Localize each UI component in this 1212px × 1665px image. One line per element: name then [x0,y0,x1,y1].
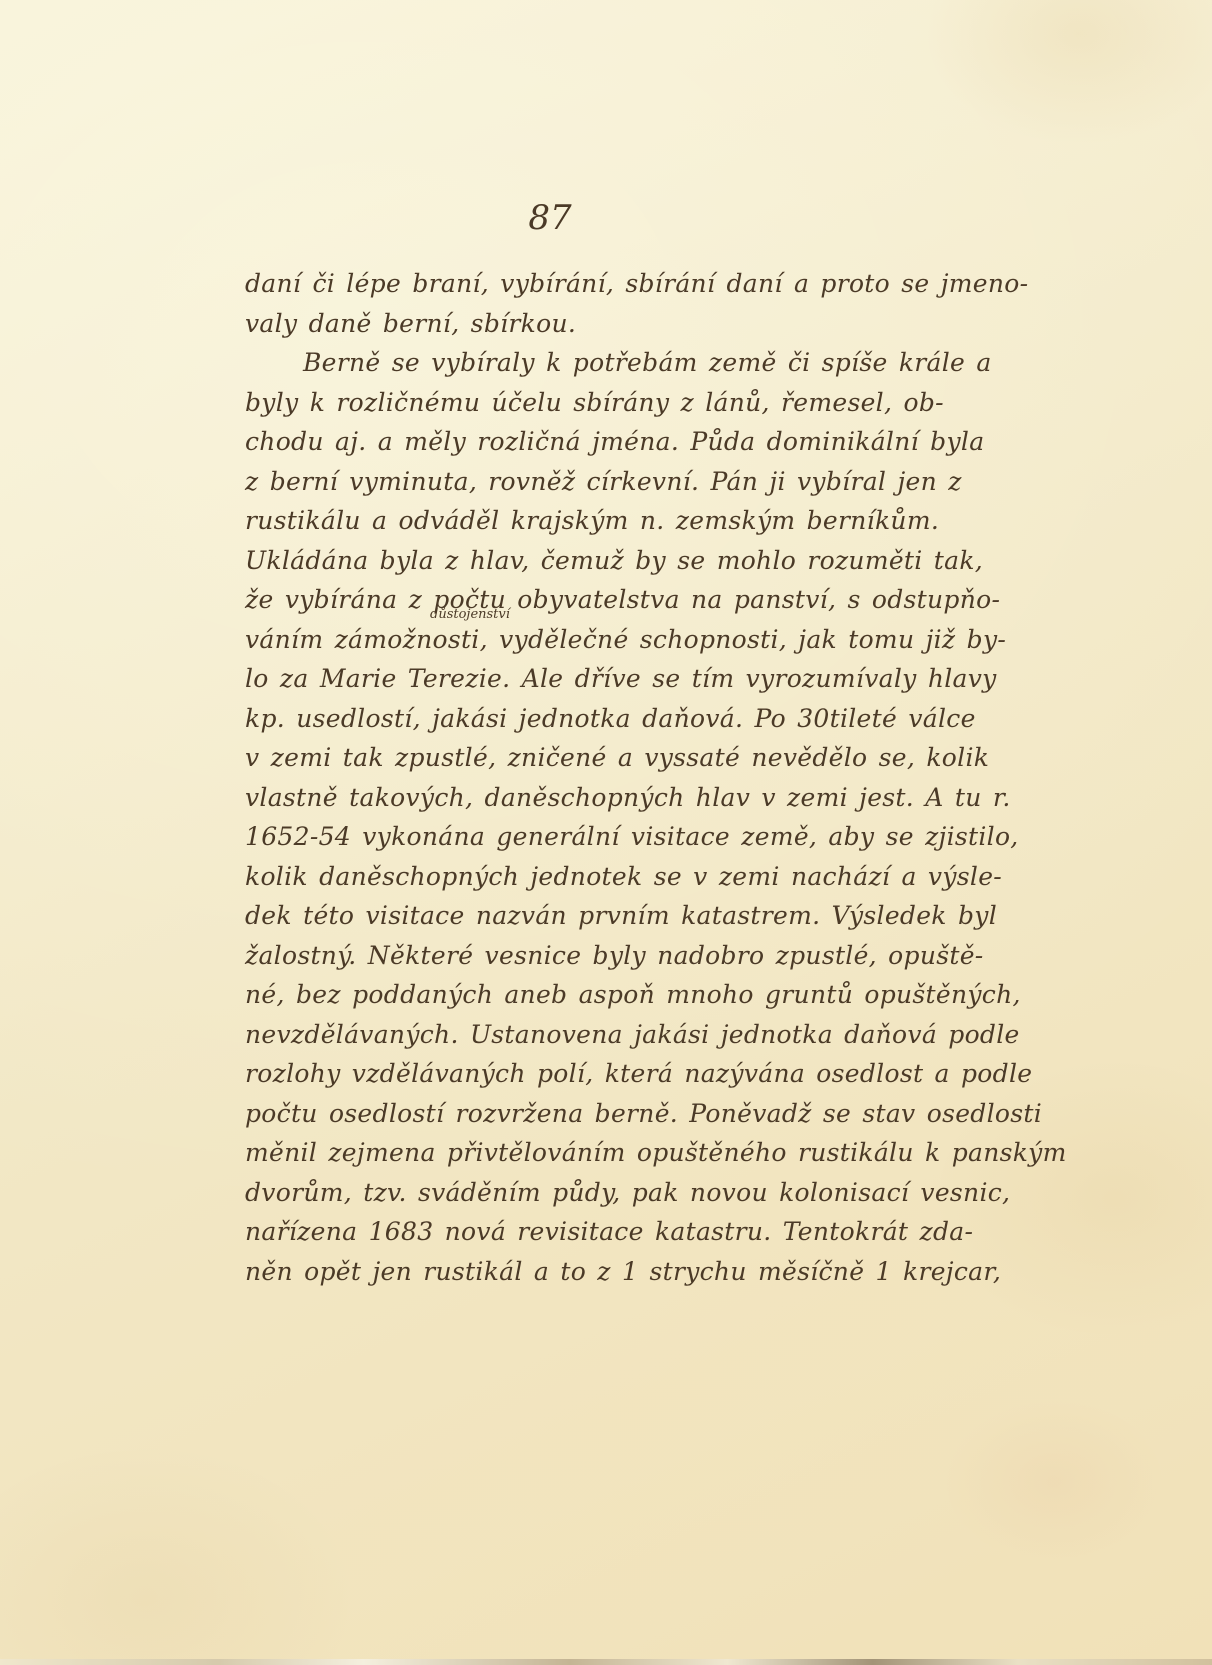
manuscript-line: měnil zejmena přivtělováním opuštěného r… [245,1133,1005,1173]
manuscript-line: Ukládána byla z hlav, čemuž by se mohlo … [245,541,1005,581]
manuscript-page: 87 daní či lépe braní, vybírání, sbírání… [0,0,1212,1665]
manuscript-line: něn opět jen rustikál a to z 1 strychu m… [245,1252,1005,1292]
manuscript-line: rustikálu a odváděl krajským n. zemským … [245,501,1005,541]
manuscript-line: váním zámožnosti, vydělečné schopnosti, … [245,620,1005,660]
manuscript-line: žalostný. Některé vesnice byly nadobro z… [245,936,1005,976]
manuscript-line: rozlohy vzdělávaných polí, která nazýván… [245,1054,1005,1094]
manuscript-line: 1652-54 vykonána generální visitace země… [245,817,1005,857]
manuscript-line: z berní vyminuta, rovněž církevní. Pán j… [245,462,1005,502]
manuscript-line: že vybírána z počtu obyvatelstva na pans… [245,580,1005,620]
page-bottom-edge [0,1659,1212,1665]
manuscript-line: chodu aj. a měly rozličná jména. Půda do… [245,422,1005,462]
interlinear-insertion: důstojenství [430,608,510,621]
manuscript-line: nařízena 1683 nová revisitace katastru. … [245,1212,1005,1252]
manuscript-line: valy daně berní, sbírkou. [245,304,1005,344]
manuscript-line: dvorům, tzv. sváděním půdy, pak novou ko… [245,1173,1005,1213]
manuscript-line: počtu osedlostí rozvržena berně. Poněvad… [245,1094,1005,1134]
manuscript-line: nevzdělávaných. Ustanovena jakási jednot… [245,1015,1005,1055]
manuscript-line: né, bez poddaných aneb aspoň mnoho grunt… [245,975,1005,1015]
manuscript-line: v zemi tak zpustlé, zničené a vyssaté ne… [245,738,1005,778]
manuscript-line: Berně se vybíraly k potřebám země či spí… [245,343,1005,383]
manuscript-line: vlastně takových, daněschopných hlav v z… [245,778,1005,818]
text-block: daní či lépe braní, vybírání, sbírání da… [245,264,1005,1291]
page-number: 87 [505,198,595,238]
manuscript-line: kolik daněschopných jednotek se v zemi n… [245,857,1005,897]
manuscript-line: dek této visitace nazván prvním katastre… [245,896,1005,936]
manuscript-line: daní či lépe braní, vybírání, sbírání da… [245,264,1005,304]
manuscript-line: lo za Marie Terezie. Ale dříve se tím vy… [245,659,1005,699]
manuscript-line: kp. usedlostí, jakási jednotka daňová. P… [245,699,1005,739]
manuscript-line: byly k rozličnému účelu sbírány z lánů, … [245,383,1005,423]
